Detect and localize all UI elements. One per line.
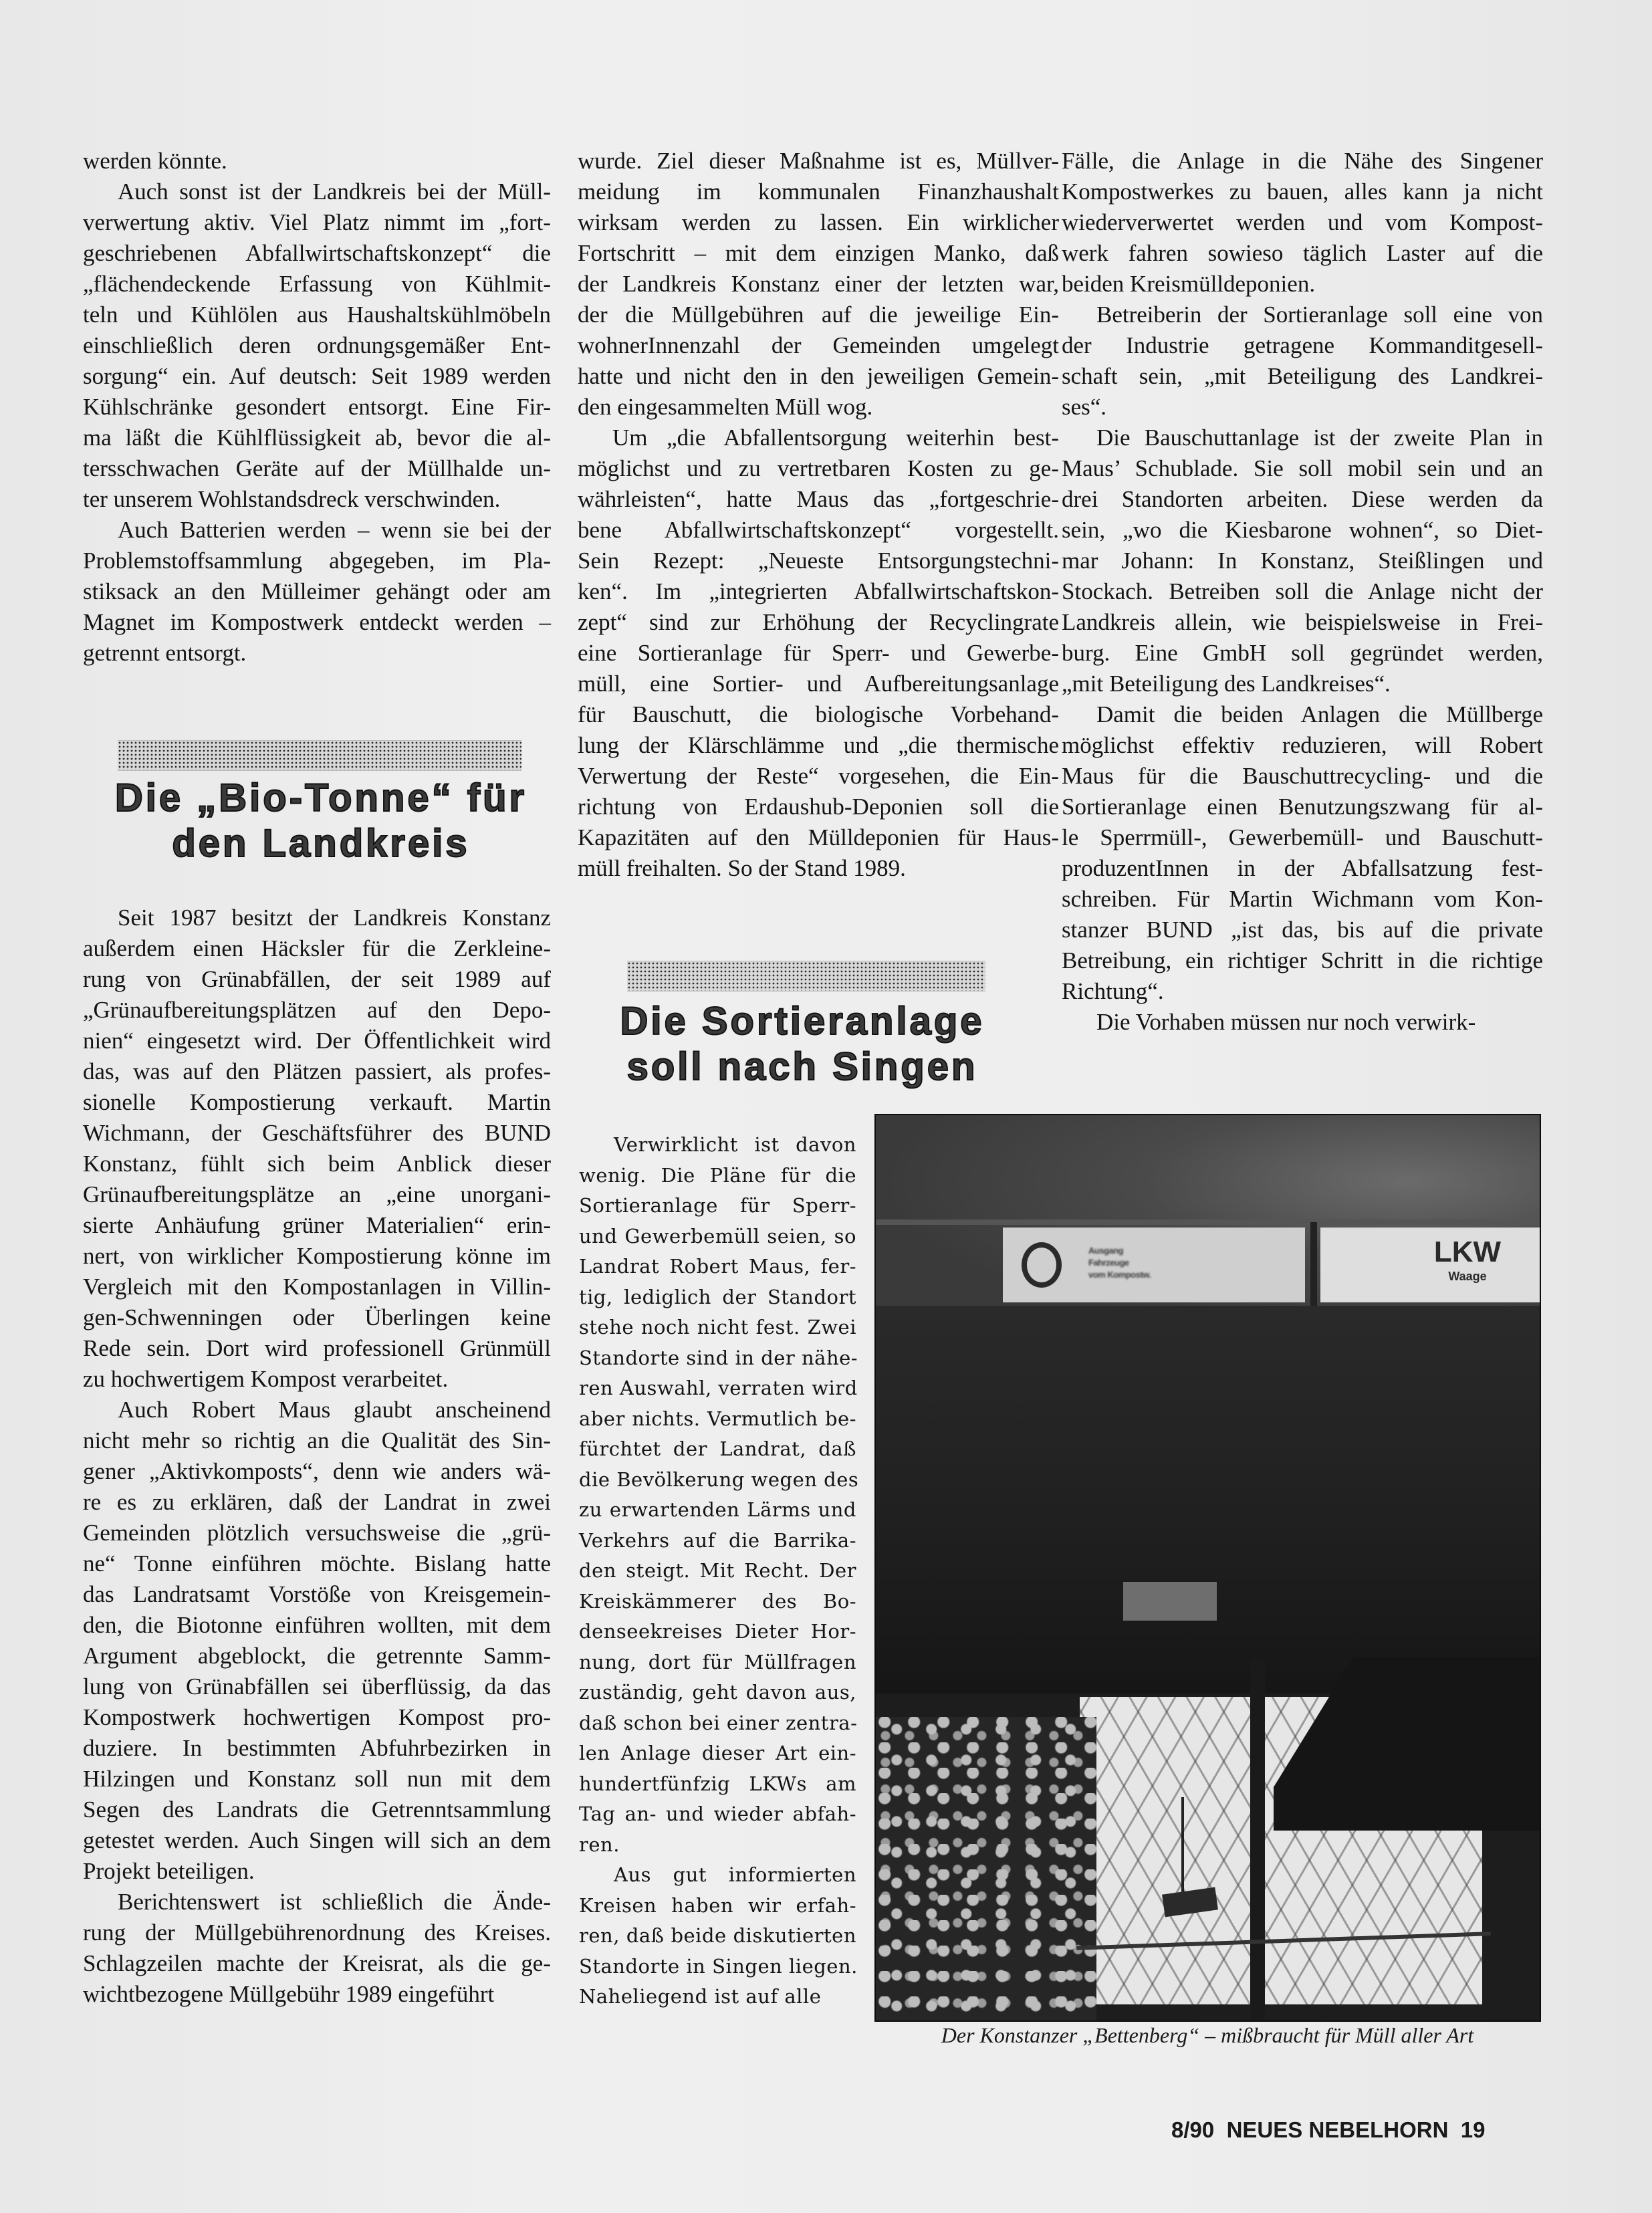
heading-line: Die „Bio-Tonne“ für: [100, 776, 542, 821]
text-line: den, die Biotonne einführen wollten, mit…: [83, 1610, 551, 1641]
text-line: beiden Kreismülldeponien.: [1062, 269, 1543, 300]
text-line: müll freihalten. So der Stand 1989.: [578, 853, 1059, 884]
text-line: hundertfünfzig LKWs am: [579, 1769, 856, 1800]
text-line: Die Vorhaben müssen nur noch verwirk-: [1062, 1007, 1543, 1038]
photo-dark-area: [876, 1306, 1540, 1694]
text-line: Standorte sind in der nähe-: [579, 1343, 856, 1374]
text-line: drei Standorten arbeiten. Diese werden d…: [1062, 484, 1543, 515]
text-line: burg. Eine GmbH soll gegründet werden,: [1062, 638, 1543, 669]
text-line: zu erwartenden Lärms und: [579, 1495, 856, 1526]
article-paragraph: Seit 1987 besitzt der Landkreis Konstanz…: [83, 903, 551, 1395]
text-line: verwertung aktiv. Viel Platz nimmt im „f…: [83, 207, 551, 238]
text-line: stehe noch nicht fest. Zwei: [579, 1312, 856, 1343]
text-line: Tag an- und wieder abfah-: [579, 1799, 856, 1830]
page-footer: 8/90 NEUES NEBELHORN 19: [1171, 2117, 1486, 2143]
text-line: nien“ eingesetzt wird. Der Öffentlichkei…: [83, 1026, 551, 1056]
publication-name: NEUES NEBELHORN: [1227, 2117, 1449, 2142]
text-line: Hilzingen und Konstanz soll nun mit dem: [83, 1764, 551, 1794]
photo-sign-exit: Ausgang Fahrzeuge vom Kompostw.: [1003, 1228, 1305, 1302]
text-line: getestet werden. Auch Singen will sich a…: [83, 1825, 551, 1856]
article-paragraph: Aus gut informiertenKreisen haben wir er…: [579, 1860, 856, 2012]
page-number: 19: [1461, 2117, 1486, 2142]
photo-sign-waage-text: Waage: [1320, 1269, 1541, 1284]
text-line: Verwertung der Reste“ vorgesehen, die Ei…: [578, 761, 1059, 792]
text-line: getrennt entsorgt.: [83, 638, 551, 669]
text-line: Stockach. Betreiben soll die Anlage nich…: [1062, 576, 1543, 607]
text-line: schreiben. Für Martin Wichmann vom Kon-: [1062, 884, 1543, 915]
text-line: tersschwachen Geräte auf der Müllhalde u…: [83, 453, 551, 484]
heading-line: soll nach Singen: [602, 1044, 1003, 1090]
photo-sign-exit-text: Ausgang Fahrzeuge vom Kompostw.: [1088, 1245, 1222, 1281]
photo-rod: [1181, 1797, 1184, 1897]
article-paragraph: wurde. Ziel dieser Maßnahme ist es, Müll…: [578, 146, 1059, 423]
text-line: Wichmann, der Geschäftsführer des BUND: [83, 1118, 551, 1149]
article-column-2-bottom: Verwirklicht ist davonwenig. Die Pläne f…: [579, 1130, 856, 2012]
text-line: daß schon bei einer zentra-: [579, 1708, 856, 1739]
text-line: ses“.: [1062, 392, 1543, 423]
text-line: Seit 1987 besitzt der Landkreis Konstanz: [83, 903, 551, 933]
text-line: wurde. Ziel dieser Maßnahme ist es, Müll…: [578, 146, 1059, 177]
text-line: wohnerInnenzahl der Gemeinden umgelegt: [578, 330, 1059, 361]
text-line: gener „Aktivkomposts“, denn wie anders w…: [83, 1456, 551, 1487]
text-line: Konstanz, fühlt sich beim Anblick dieser: [83, 1149, 551, 1179]
article-paragraph: werden könnte.: [83, 146, 551, 177]
text-line: Auch Robert Maus glaubt anscheinend: [83, 1395, 551, 1425]
text-line: Kreisen haben wir erfah-: [579, 1891, 856, 1921]
text-line: rung der Müllgebührenordnung des Kreises…: [83, 1917, 551, 1948]
text-line: werden könnte.: [83, 146, 551, 177]
text-line: sein, „wo die Kiesbarone wohnen“, so Die…: [1062, 515, 1543, 546]
text-line: „mit Beteiligung des Landkreises“.: [1062, 669, 1543, 699]
section-divider-hatch: [118, 740, 521, 771]
text-line: der Industrie getragene Kommanditgesell-: [1062, 330, 1543, 361]
text-line: Magnet im Kompostwerk entdeckt werden –: [83, 607, 551, 638]
photo-pole: [1250, 1660, 1265, 2021]
photo-sign-lkw: LKW Waage: [1320, 1228, 1541, 1302]
magazine-page: werden könnte.Auch sonst ist der Landkre…: [0, 0, 1652, 2213]
text-line: der die Müllgebühren auf die jeweilige E…: [578, 300, 1059, 330]
text-line: gen-Schwenningen oder Überlingen keine: [83, 1302, 551, 1333]
text-line: zu hochwertigem Kompost verarbeitet.: [83, 1364, 551, 1395]
section-heading-bio-tonne: Die „Bio-Tonne“ für den Landkreis: [100, 776, 542, 866]
article-paragraph: Um „die Abfallentsorgung weiterhin best-…: [578, 423, 1059, 884]
photo-sign-post: [1310, 1222, 1317, 1306]
text-line: die Bevölkerung wegen des: [579, 1465, 856, 1496]
text-line: Auch Batterien werden – wenn sie bei der: [83, 515, 551, 546]
text-line: möglichst und zu vertretbaren Kosten zu …: [578, 453, 1059, 484]
text-line: Projekt beteiligen.: [83, 1856, 551, 1887]
article-column-1-top: werden könnte.Auch sonst ist der Landkre…: [83, 146, 551, 669]
text-line: Naheliegend ist auf alle: [579, 1982, 856, 2012]
text-line: Fortschritt – mit dem einzigen Manko, da…: [578, 238, 1059, 269]
text-line: Berichtenswert ist schließlich die Ände-: [83, 1887, 551, 1917]
text-line: wirksam werden zu lassen. Ein wirklicher: [578, 207, 1059, 238]
text-line: „flächendeckende Erfassung von Kühlmit-: [83, 269, 551, 300]
text-line: geschriebenen Abfallwirtschaftskonzept“ …: [83, 238, 551, 269]
article-paragraph: Fälle, die Anlage in die Nähe des Singen…: [1062, 146, 1543, 300]
article-paragraph: Verwirklicht ist davonwenig. Die Pläne f…: [579, 1130, 856, 1860]
text-line: Verkehrs auf die Barrika-: [579, 1526, 856, 1556]
text-line: le Sperrmüll-, Gewerbemüll- und Bauschut…: [1062, 822, 1543, 853]
text-line: Vergleich mit den Kompostanlagen in Vill…: [83, 1272, 551, 1302]
text-line: richtung von Erdaushub-Deponien soll die: [578, 792, 1059, 822]
text-line: Schlagzeilen machte der Kreisrat, als di…: [83, 1948, 551, 1979]
text-line: Kreiskämmerer des Bo-: [579, 1587, 856, 1617]
text-line: Auch sonst ist der Landkreis bei der Mül…: [83, 177, 551, 207]
text-line: Gemeinden plötzlich versuchsweise die „g…: [83, 1518, 551, 1548]
text-line: Sortieranlage für Sperr-: [579, 1191, 856, 1221]
text-line: wichtbezogene Müllgebühr 1989 eingeführt: [83, 1979, 551, 2010]
heading-line: Die Sortieranlage: [602, 999, 1003, 1044]
text-line: schaft sein, „mit Beteiligung des Landkr…: [1062, 361, 1543, 392]
text-line: Standorte in Singen liegen.: [579, 1952, 856, 1982]
text-line: ren.: [579, 1830, 856, 1861]
text-line: ren Auswahl, verraten wird: [579, 1373, 856, 1404]
article-photo: Ausgang Fahrzeuge vom Kompostw. LKW Waag…: [874, 1114, 1541, 2022]
text-line: produzentInnen in der Abfallsatzung fest…: [1062, 853, 1543, 884]
text-line: Sein Rezept: „Neueste Entsorgungstechni-: [578, 546, 1059, 576]
photo-sign-bar: [876, 1219, 1540, 1225]
text-line: hatte und nicht den in den jeweiligen Ge…: [578, 361, 1059, 392]
article-column-1-bottom: Seit 1987 besitzt der Landkreis Konstanz…: [83, 903, 551, 2010]
text-line: Segen des Landrats die Getrenntsammlung: [83, 1794, 551, 1825]
text-line: Kühlschränke gesondert entsorgt. Eine Fi…: [83, 392, 551, 423]
text-line: Damit die beiden Anlagen die Müllberge: [1062, 699, 1543, 730]
section-heading-sortieranlage: Die Sortieranlage soll nach Singen: [602, 999, 1003, 1090]
article-paragraph: Auch Batterien werden – wenn sie bei der…: [83, 515, 551, 669]
text-line: außerdem einen Häcksler für die Zerklein…: [83, 933, 551, 964]
text-line: Rede sein. Dort wird professionell Grünm…: [83, 1333, 551, 1364]
text-line: Maus’ Schublade. Sie soll mobil sein und…: [1062, 453, 1543, 484]
text-line: Fälle, die Anlage in die Nähe des Singen…: [1062, 146, 1543, 177]
text-line: Problemstoffsammlung abgegeben, im Pla-: [83, 546, 551, 576]
text-line: sionelle Kompostierung verkauft. Martin: [83, 1087, 551, 1118]
text-line: den steigt. Mit Recht. Der: [579, 1556, 856, 1587]
text-line: Aus gut informierten: [579, 1860, 856, 1891]
photo-sign-lkw-text: LKW: [1320, 1237, 1541, 1268]
photo-caption: Der Konstanzer „Bettenberg“ – mißbraucht…: [873, 2022, 1542, 2049]
text-line: sorgung“ ein. Auf deutsch: Seit 1989 wer…: [83, 361, 551, 392]
text-line: den eingesammelten Müll wog.: [578, 392, 1059, 423]
photo-warning-plate: [1123, 1582, 1217, 1621]
text-line: nicht mehr so richtig an die Qualität de…: [83, 1425, 551, 1456]
text-line: wenig. Die Pläne für die: [579, 1161, 856, 1191]
text-line: Die Bauschuttanlage ist der zweite Plan …: [1062, 423, 1543, 453]
circle-sign-icon: [1022, 1242, 1062, 1288]
article-paragraph: Die Vorhaben müssen nur noch verwirk-: [1062, 1007, 1543, 1038]
text-line: Grünaufbereitungsplätze an „eine unorgan…: [83, 1179, 551, 1210]
text-line: Kompostwerkes zu bauen, alles kann ja ni…: [1062, 177, 1543, 207]
text-line: einschließlich deren ordnungsgemäßer Ent…: [83, 330, 551, 361]
article-paragraph: Betreiberin der Sortieranlage soll eine …: [1062, 300, 1543, 423]
text-line: stanzer BUND „ist das, bis auf die priva…: [1062, 915, 1543, 945]
text-line: für Bauschutt, die biologische Vorbehand…: [578, 699, 1059, 730]
text-line: lung der Klärschlämme und „die thermisch…: [578, 730, 1059, 761]
section-divider-hatch: [627, 961, 985, 992]
text-line: werk fahren sowieso täglich Laster auf d…: [1062, 238, 1543, 269]
article-column-2-top: wurde. Ziel dieser Maßnahme ist es, Müll…: [578, 146, 1059, 884]
text-line: ren, daß beide diskutierten: [579, 1921, 856, 1952]
text-line: der Landkreis Konstanz einer der letzten…: [578, 269, 1059, 300]
text-line: währleisten“, hatte Maus das „fortgeschr…: [578, 484, 1059, 515]
text-line: eine Sortieranlage für Sperr- und Gewerb…: [578, 638, 1059, 669]
article-paragraph: Auch sonst ist der Landkreis bei der Mül…: [83, 177, 551, 515]
text-line: sierte Anhäufung grüner Materialien“ eri…: [83, 1210, 551, 1241]
text-line: tig, lediglich der Standort: [579, 1282, 856, 1313]
article-paragraph: Auch Robert Maus glaubt anscheinendnicht…: [83, 1395, 551, 1887]
text-line: re es zu erklären, daß der Landrat in zw…: [83, 1487, 551, 1518]
text-line: das Landratsamt Vorstöße von Kreisgemein…: [83, 1579, 551, 1610]
issue-number: 8/90: [1171, 2117, 1214, 2142]
text-line: und Gewerbemüll seien, so: [579, 1221, 856, 1252]
text-line: ma läßt die Kühlflüssigkeit ab, bevor di…: [83, 423, 551, 453]
text-line: Maus für die Bauschuttrecycling- und die: [1062, 761, 1543, 792]
text-line: aber nichts. Vermutlich be-: [579, 1404, 856, 1435]
text-line: Landkreis allein, wie beispielsweise in …: [1062, 607, 1543, 638]
text-line: müll, eine Sortier- und Aufbereitungsanl…: [578, 669, 1059, 699]
text-line: teln und Kühlölen aus Haushaltskühlmöbel…: [83, 300, 551, 330]
text-line: möglichst effektiv reduzieren, will Robe…: [1062, 730, 1543, 761]
text-line: stiksack an den Mülleimer gehängt oder a…: [83, 576, 551, 607]
article-paragraph: Damit die beiden Anlagen die Müllbergemö…: [1062, 699, 1543, 1007]
text-line: ne“ Tonne einführen möchte. Bislang hatt…: [83, 1548, 551, 1579]
text-line: bene Abfallwirtschaftskonzept“ vorgestel…: [578, 515, 1059, 546]
text-line: duziere. In bestimmten Abfuhrbezirken in: [83, 1733, 551, 1764]
text-line: meidung im kommunalen Finanzhaushalt: [578, 177, 1059, 207]
text-line: Um „die Abfallentsorgung weiterhin best-: [578, 423, 1059, 453]
text-line: ter unserem Wohlstandsdreck verschwinden…: [83, 484, 551, 515]
photo-trees-background: [876, 1115, 1540, 1336]
text-line: nert, von wirklicher Kompostierung könne…: [83, 1241, 551, 1272]
article-column-3: Fälle, die Anlage in die Nähe des Singen…: [1062, 146, 1543, 1038]
text-line: das, was auf den Plätzen passiert, als p…: [83, 1056, 551, 1087]
text-line: len Anlage dieser Art ein-: [579, 1738, 856, 1769]
text-line: zuständig, geht davon aus,: [579, 1677, 856, 1708]
text-line: wiederverwertet werden und vom Kompost-: [1062, 207, 1543, 238]
text-line: „Grünaufbereitungsplätzen auf den Depo-: [83, 995, 551, 1026]
photo-bush: [876, 1717, 1096, 2022]
text-line: Landrat Robert Maus, fer-: [579, 1252, 856, 1282]
text-line: Betreiberin der Sortieranlage soll eine …: [1062, 300, 1543, 330]
text-line: Sortieranlage einen Benutzungszwang für …: [1062, 792, 1543, 822]
text-line: Argument abgeblockt, die getrennte Samm-: [83, 1641, 551, 1671]
text-line: Richtung“.: [1062, 976, 1543, 1007]
article-paragraph: Die Bauschuttanlage ist der zweite Plan …: [1062, 423, 1543, 699]
heading-line: den Landkreis: [100, 821, 542, 866]
article-paragraph: Berichtenswert ist schließlich die Ände-…: [83, 1887, 551, 2010]
text-line: rung von Grünabfällen, der seit 1989 auf: [83, 964, 551, 995]
text-line: denseekreises Dieter Hor-: [579, 1617, 856, 1647]
text-line: mar Johann: In Konstanz, Steißlingen und: [1062, 546, 1543, 576]
text-line: Betreibung, ein richtiger Schritt in die…: [1062, 945, 1543, 976]
text-line: lung von Grünabfällen sei überflüssig, d…: [83, 1671, 551, 1702]
text-line: Verwirklicht ist davon: [579, 1130, 856, 1161]
text-line: Kapazitäten auf den Mülldeponien für Hau…: [578, 822, 1059, 853]
text-line: nung, dort für Müllfragen: [579, 1647, 856, 1678]
text-line: fürchtet der Landrat, daß: [579, 1434, 856, 1465]
text-line: zept“ sind zur Erhöhung der Recyclingrat…: [578, 607, 1059, 638]
text-line: ken“. Im „integrierten Abfallwirtschafts…: [578, 576, 1059, 607]
text-line: Kompostwerk hochwertigen Kompost pro-: [83, 1702, 551, 1733]
